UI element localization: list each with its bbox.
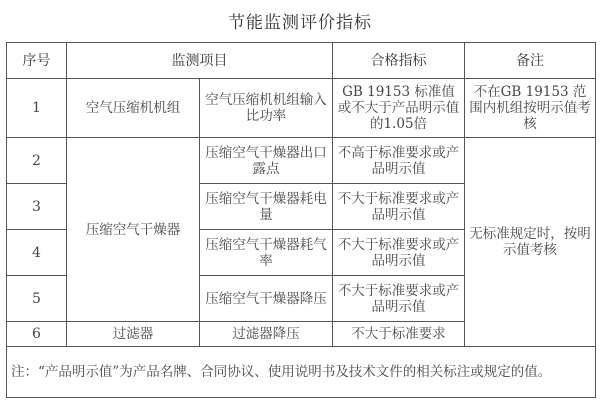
row-criterion: 不高于标准要求或产品明示值 <box>333 138 465 184</box>
header-item: 监测项目 <box>67 43 333 79</box>
row-criterion: 不大于标准要求 <box>333 322 465 347</box>
row-criterion: 不大于标准要求或产品明示值 <box>333 230 465 276</box>
row-item: 过滤器降压 <box>200 322 333 347</box>
row-category: 压缩空气干燥器 <box>67 138 200 322</box>
table-header-row: 序号 监测项目 合格指标 备注 <box>7 43 596 79</box>
row-index: 6 <box>7 322 67 347</box>
row-index: 3 <box>7 184 67 230</box>
row-index: 1 <box>7 79 67 138</box>
row-criterion: GB 19153 标准值或不大于产品明示值的1.05倍 <box>333 79 465 138</box>
header-index: 序号 <box>7 43 67 79</box>
row-category: 空气压缩机机组 <box>67 79 200 138</box>
row-item: 压缩空气干燥器耗气率 <box>200 230 333 276</box>
row-item: 空气压缩机机组输入比功率 <box>200 79 333 138</box>
table-row: 2 压缩空气干燥器 压缩空气干燥器出口露点 不高于标准要求或产品明示值 无标准规… <box>7 138 596 184</box>
row-index: 4 <box>7 230 67 276</box>
row-index: 2 <box>7 138 67 184</box>
row-item: 压缩空气干燥器降压 <box>200 276 333 322</box>
row-item: 压缩空气干燥器出口露点 <box>200 138 333 184</box>
energy-monitoring-table: 序号 监测项目 合格指标 备注 1 空气压缩机机组 空气压缩机机组输入比功率 G… <box>6 42 596 398</box>
header-criterion: 合格指标 <box>333 43 465 79</box>
row-category: 过滤器 <box>67 322 200 347</box>
row-remark: 不在GB 19153 范围内机组按明示值考核 <box>465 79 596 138</box>
row-criterion: 不大于标准要求或产品明示值 <box>333 184 465 230</box>
table-note: 注：“产品明示值”为产品名牌、合同协议、使用说明书及技术文件的相关标注或规定的值… <box>7 347 596 398</box>
table-row: 1 空气压缩机机组 空气压缩机机组输入比功率 GB 19153 标准值或不大于产… <box>7 79 596 138</box>
document-title: 节能监测评价指标 <box>0 8 600 33</box>
row-remark: 无标准规定时，按明示值考核 <box>465 138 596 347</box>
row-index: 5 <box>7 276 67 322</box>
table-note-row: 注：“产品明示值”为产品名牌、合同协议、使用说明书及技术文件的相关标注或规定的值… <box>7 347 596 398</box>
row-criterion: 不大于标准要求或产品明示值 <box>333 276 465 322</box>
row-item: 压缩空气干燥器耗电量 <box>200 184 333 230</box>
header-remark: 备注 <box>465 43 596 79</box>
